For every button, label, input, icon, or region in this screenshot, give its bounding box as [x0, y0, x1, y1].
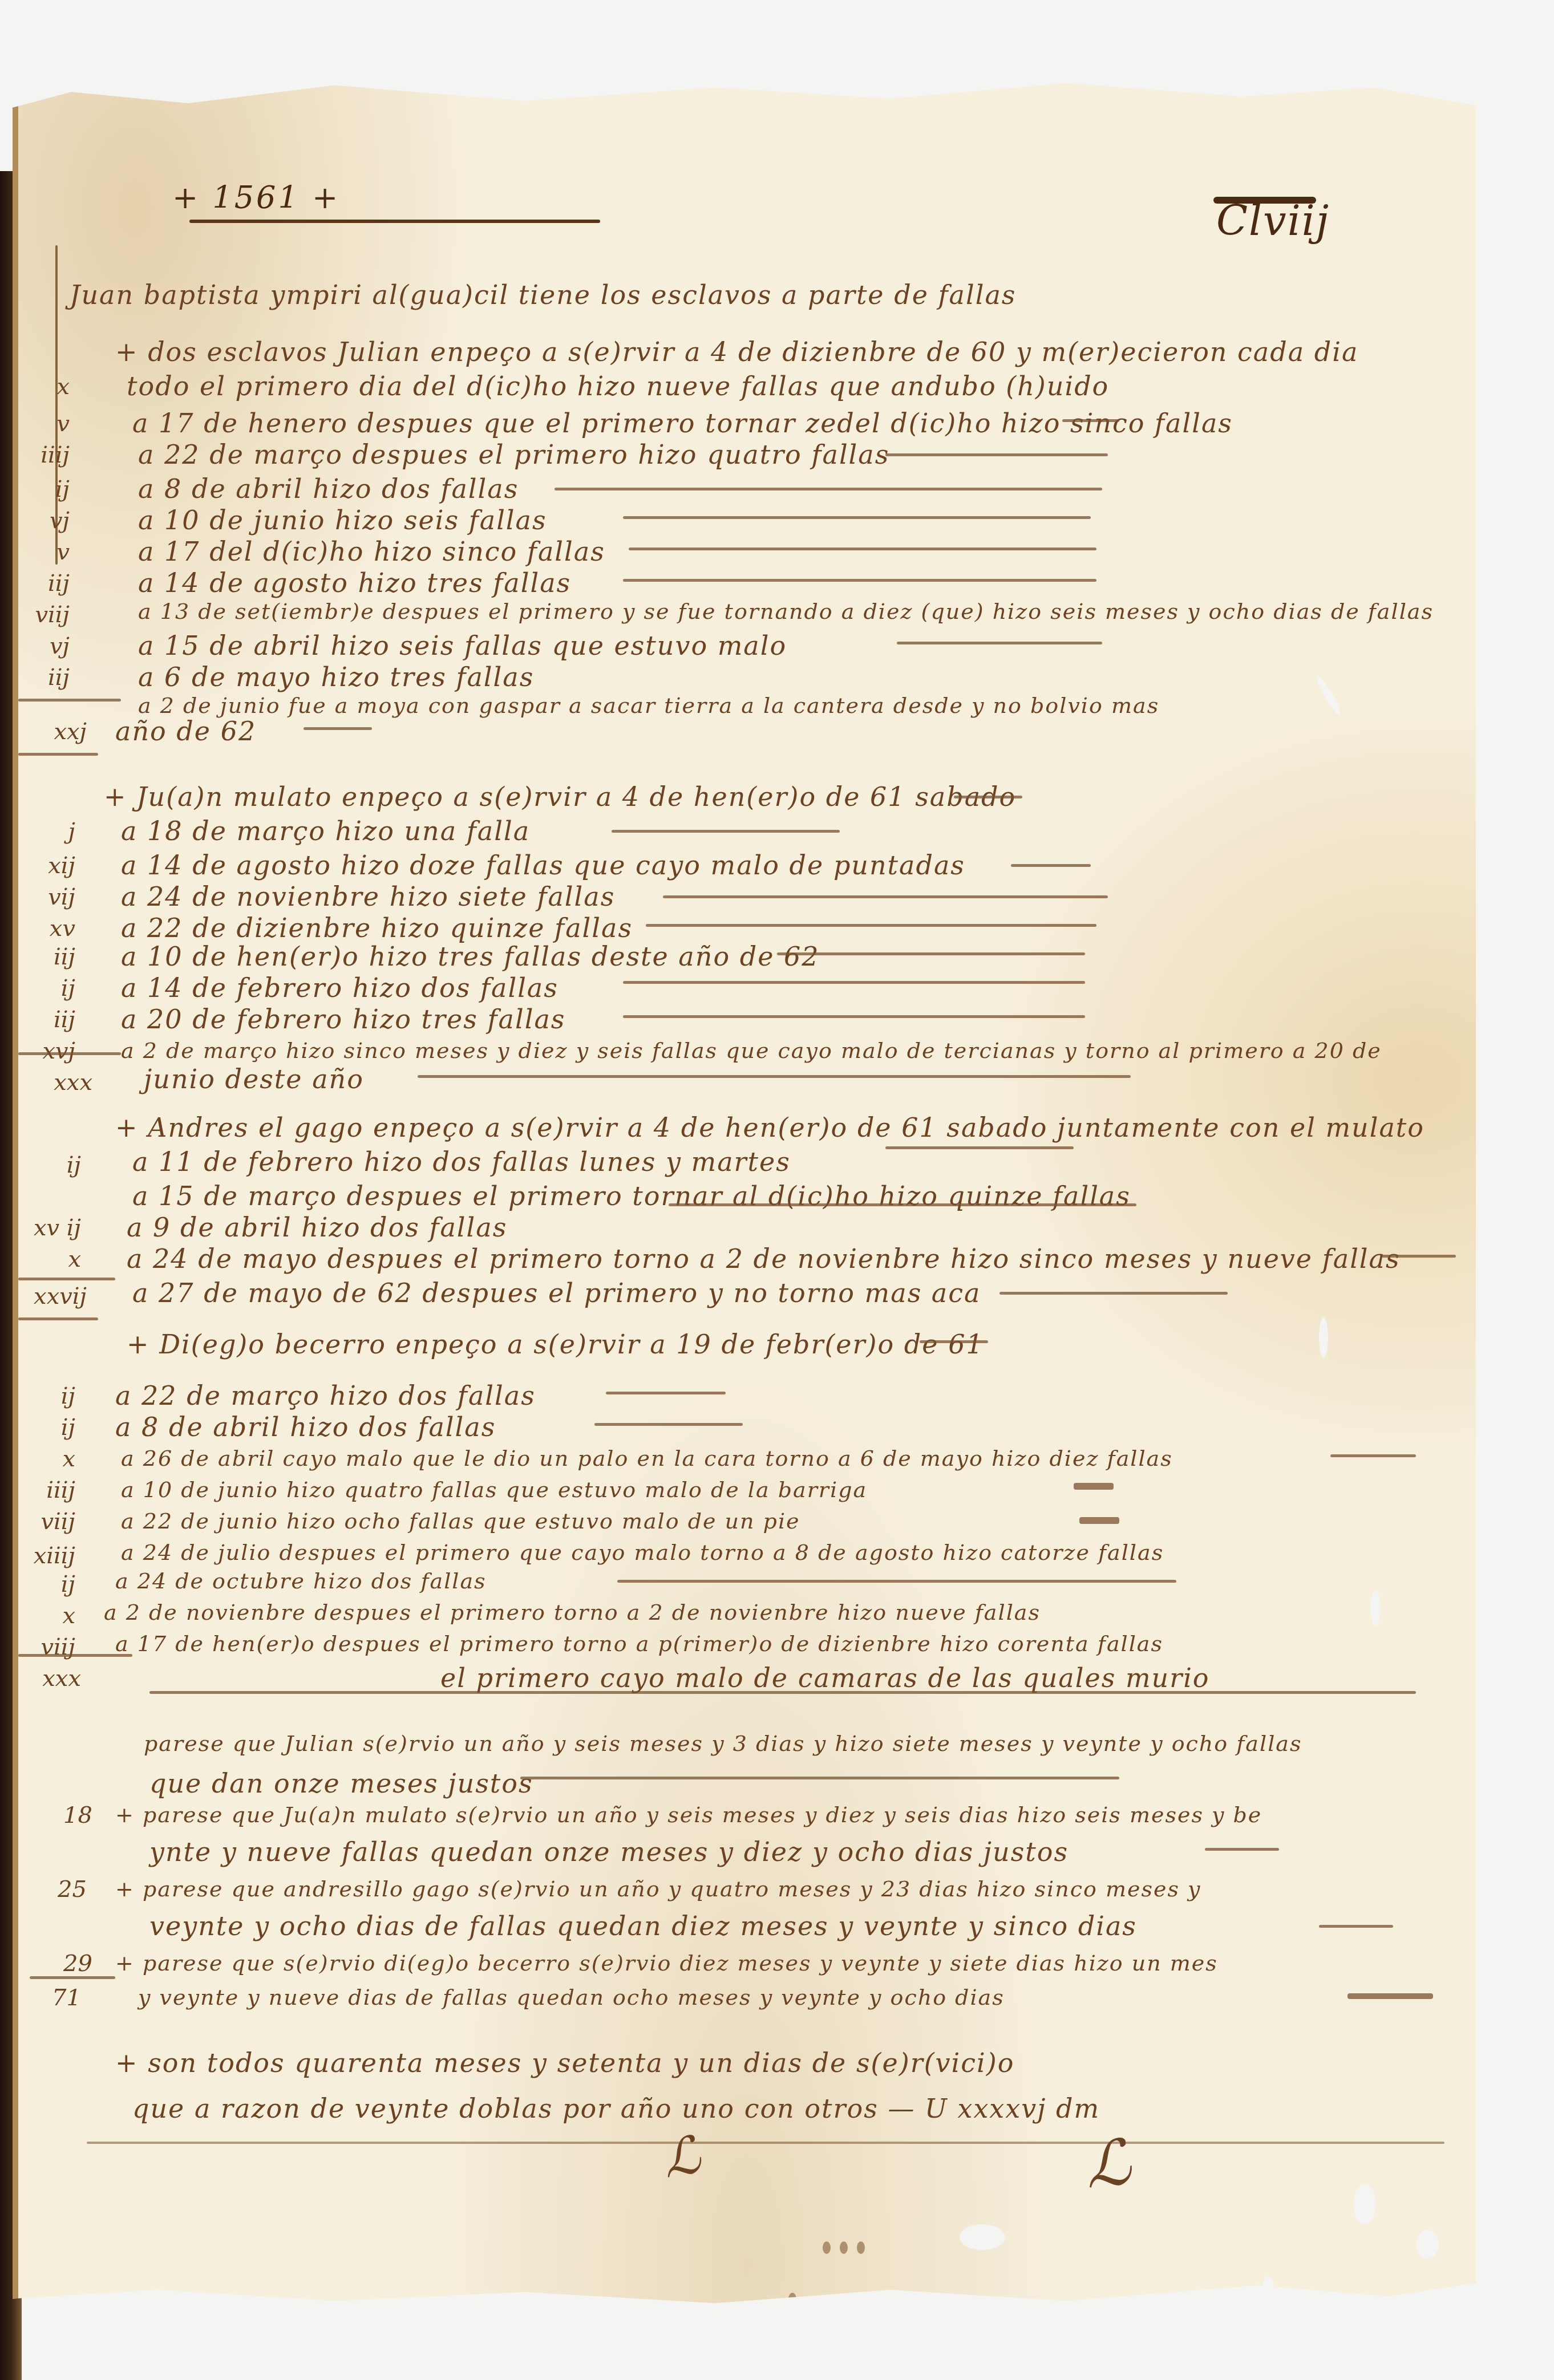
folio-year-heading: + 1561 + — [172, 180, 340, 216]
section-divider — [18, 1278, 115, 1280]
total-line: y veynte y nueve dias de fallas quedan o… — [138, 1985, 1005, 2010]
entry-line: a 2 de março hizo sinco meses y diez y s… — [121, 1038, 1382, 1063]
entry-line: a 17 de henero despues que el primero to… — [132, 408, 1233, 439]
section-divider — [18, 699, 121, 702]
entry-line: a 26 de abril cayo malo que le dio un pa… — [121, 1446, 1173, 1471]
section-title: + Di(eg)o becerro enpeço a s(e)rvir a 19… — [127, 1329, 984, 1360]
total-line: que dan onze meses justos — [149, 1768, 533, 1799]
line-rule — [623, 579, 1096, 582]
entry-line: a 2 de junio fue a moya con gaspar a sac… — [138, 693, 1159, 718]
entry-line: el primero cayo malo de camaras de las q… — [440, 1663, 1210, 1693]
total-line: + parese que Ju(a)n mulato s(e)rvio un a… — [115, 1802, 1262, 1827]
paper-hole — [1319, 1317, 1328, 1357]
signature-flourish: ℒ — [658, 2124, 705, 2190]
entry-line: a 22 de março despues el primero hizo qu… — [138, 439, 889, 470]
total-line: + parese que s(e)rvio di(eg)o becerro s(… — [115, 1951, 1218, 1976]
line-rule — [999, 1292, 1228, 1295]
total-line: + son todos quarenta meses y setenta y u… — [115, 2047, 1014, 2078]
manuscript-page: + 1561 + Clviij Juan baptista ympiri al(… — [13, 74, 1476, 2310]
entry-line: a 24 de julio despues el primero que cay… — [121, 1540, 1164, 1565]
entry-line: a 15 de março despues el primero tornar … — [132, 1181, 1131, 1211]
entry-line: a 22 de junio hizo ocho fallas que estuv… — [121, 1509, 800, 1534]
line-rule — [1319, 1925, 1393, 1928]
line-rule — [1205, 1848, 1279, 1851]
ink-spot — [840, 2241, 848, 2254]
margin-number: 25 — [1, 1876, 87, 1903]
line-rule — [303, 727, 372, 730]
line-rule — [418, 1075, 1131, 1078]
entry-line: a 14 de agosto hizo tres fallas — [138, 567, 571, 598]
total-line: + parese que andresillo gago s(e)rvio un… — [115, 1876, 1201, 1901]
line-rule — [885, 1146, 1074, 1149]
entry-line: a 24 de octubre hizo dos fallas — [115, 1568, 487, 1594]
paper-hole — [1353, 2184, 1376, 2224]
entry-line: a 24 de mayo despues el primero torno a … — [127, 1243, 1401, 1274]
section-divider — [30, 1976, 115, 1979]
entry-line: a 22 de março hizo dos fallas — [115, 1380, 536, 1411]
ink-spot — [788, 2293, 796, 2305]
entry-line: a 22 de dizienbre hizo quinze fallas — [121, 913, 633, 943]
entry-line: a 17 de hen(er)o despues el primero torn… — [115, 1631, 1163, 1656]
entry-line: a 14 de agosto hizo doze fallas que cayo… — [121, 850, 965, 881]
line-rule — [617, 1580, 1176, 1583]
line-rule — [149, 1691, 1416, 1694]
line-rule — [623, 1015, 1085, 1018]
line-rule — [629, 548, 1096, 550]
entry-line: a 14 de febrero hizo dos fallas — [121, 972, 559, 1003]
section-title: Juan baptista ympiri al(gua)cil tiene lo… — [70, 279, 1016, 310]
line-rule — [1079, 1517, 1119, 1524]
total-line: parese que Julian s(e)rvio un año y seis… — [144, 1731, 1302, 1756]
entry-line: a 24 de novienbre hizo siete fallas — [121, 881, 615, 912]
section-divider — [18, 1052, 121, 1055]
line-rule — [954, 796, 1022, 798]
entry-line: a 18 de março hizo una falla — [121, 816, 530, 846]
line-rule — [1330, 1454, 1416, 1457]
entry-line: a 2 de novienbre despues el primero torn… — [104, 1600, 1041, 1625]
line-rule — [885, 453, 1108, 456]
entry-line: a 10 de junio hizo quatro fallas que est… — [121, 1477, 867, 1502]
line-rule — [1011, 864, 1091, 867]
line-rule — [1347, 1993, 1433, 1999]
section-title: + Ju(a)n mulato enpeço a s(e)rvir a 4 de… — [104, 781, 1016, 812]
entry-line: a 17 del d(ic)ho hizo sinco fallas — [138, 536, 605, 567]
closing-rule — [87, 2142, 1444, 2144]
entry-line: a 10 de hen(er)o hizo tres fallas deste … — [121, 941, 820, 972]
entry-line: todo el primero dia del d(ic)ho hizo nue… — [127, 371, 1109, 402]
total-line: veynte y ocho dias de fallas quedan diez… — [149, 1911, 1137, 1941]
entry-line: a 8 de abril hizo dos fallas — [138, 473, 519, 504]
line-rule — [646, 924, 1096, 927]
section-total: xxvij — [1, 1283, 87, 1309]
folio-number: Clviij — [1216, 197, 1330, 245]
line-rule — [612, 830, 840, 833]
margin-number: 29 — [7, 1951, 92, 1977]
line-rule — [555, 488, 1102, 490]
section-title: + Andres el gago enpeço a s(e)rvir a 4 d… — [115, 1112, 1424, 1143]
section-total: xxj — [1, 719, 87, 745]
section-total: xxx — [7, 1069, 92, 1096]
line-rule — [920, 1340, 988, 1343]
entry-line: a 15 de abril hizo seis fallas que estuv… — [138, 630, 787, 661]
line-rule — [594, 1423, 743, 1426]
line-rule — [606, 1392, 726, 1394]
heading-underline — [189, 220, 600, 223]
entry-line: a 13 de set(iembr)e despues el primero y… — [138, 599, 1434, 624]
line-rule — [520, 1777, 1119, 1779]
entry-line: a 27 de mayo de 62 despues el primero y … — [132, 1278, 981, 1308]
ink-spot — [823, 2241, 831, 2254]
signature-flourish: ℒ — [1082, 2125, 1134, 2203]
line-rule — [897, 642, 1102, 644]
entry-line: a 20 de febrero hizo tres fallas — [121, 1004, 565, 1035]
line-rule — [777, 952, 1085, 955]
paper-hole — [960, 2224, 1005, 2250]
total-line: ynte y nueve fallas quedan onze meses y … — [149, 1836, 1069, 1867]
paper-hole — [1262, 2276, 1274, 2304]
entry-line: a 6 de mayo hizo tres fallas — [138, 662, 534, 692]
line-rule — [623, 981, 1085, 984]
line-rule — [663, 895, 1108, 898]
entry-line: + dos esclavos Julian enpeço a s(e)rvir … — [115, 336, 1358, 367]
ink-spot — [1347, 2298, 1357, 2312]
line-rule — [1062, 419, 1119, 422]
entry-line: año de 62 — [115, 716, 256, 747]
margin-number: 18 — [7, 1802, 92, 1828]
entry-line: a 9 de abril hizo dos fallas — [127, 1212, 507, 1243]
line-rule — [669, 1203, 1136, 1206]
line-rule — [623, 516, 1091, 519]
total-line: que a razon de veynte doblas por año uno… — [132, 2093, 1100, 2124]
line-rule — [1382, 1255, 1456, 1258]
line-rule — [1074, 1483, 1114, 1490]
paper-hole — [1370, 1591, 1381, 1625]
section-divider — [18, 1654, 132, 1657]
section-divider — [18, 1317, 98, 1320]
entry-line: a 11 de febrero hizo dos fallas lunes y … — [132, 1146, 791, 1177]
entry-line: a 10 de junio hizo seis fallas — [138, 505, 547, 536]
section-divider — [18, 753, 98, 756]
ink-spot — [857, 2241, 865, 2254]
entry-line: junio deste año — [144, 1064, 364, 1094]
entry-line: a 8 de abril hizo dos fallas — [115, 1412, 496, 1442]
paper-hole — [1416, 2230, 1439, 2259]
paper-hole — [1314, 674, 1343, 717]
